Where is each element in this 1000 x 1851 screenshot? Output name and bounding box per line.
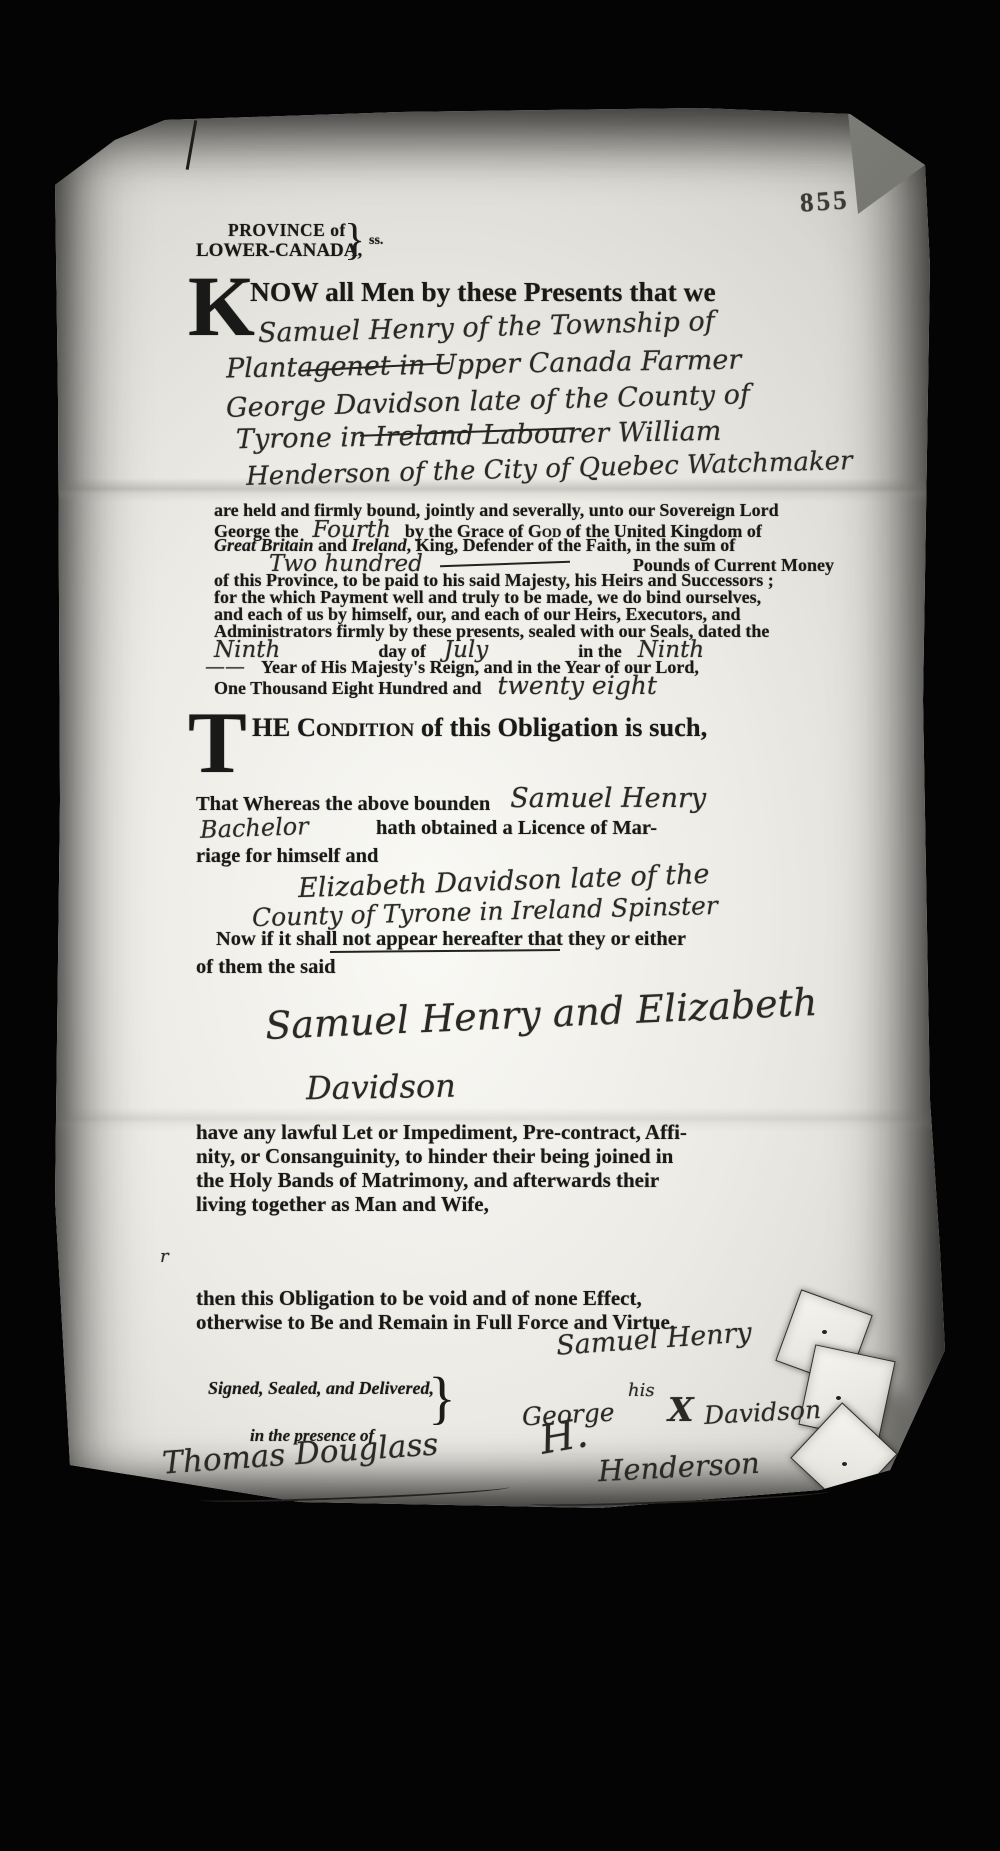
condition-line: Now if it shall not appear hereafter tha…	[216, 928, 686, 951]
seal-pin-hole	[822, 1330, 827, 1334]
dropcap-k: K	[188, 268, 255, 345]
x-mark: X	[668, 1390, 694, 1429]
condition-head-text: HE	[252, 712, 290, 742]
condition-line: hath obtained a Licence of Mar-	[376, 817, 657, 840]
seal-pin-hole	[836, 1396, 841, 1400]
page-number-stamp: 855	[799, 184, 851, 218]
paper-tear	[186, 120, 198, 170]
condition-headline: HE Condition of this Obligation is such,	[252, 712, 707, 743]
dropcap-t: T	[188, 704, 247, 783]
attestation-brace: }	[428, 1364, 456, 1431]
obligation-line: One Thousand Eight Hundred andtwenty eig…	[214, 671, 657, 700]
year-words-handwritten: twenty eight	[497, 671, 656, 700]
condition-head-smallcaps: Condition	[297, 712, 414, 742]
surety-mark-surname: Davidson	[703, 1395, 821, 1430]
province-line-1: PROVINCE of	[228, 220, 346, 241]
groom-name-handwritten: Samuel Henry	[510, 783, 706, 814]
couple-surname-handwritten: Davidson	[306, 1067, 456, 1108]
attestation-line-1: Signed, Sealed, and Delivered,	[208, 1378, 434, 1399]
header-brace: }	[344, 214, 365, 265]
margin-mark: r	[160, 1246, 169, 1267]
opening-headline: NOW all Men by these Presents that we	[250, 276, 716, 308]
his-mark-label: his	[628, 1380, 655, 1401]
groom-status-handwritten: Bachelor	[200, 812, 310, 844]
obligation-text: One Thousand Eight Hundred and	[214, 678, 481, 698]
condition-text: That Whereas the above bounden	[196, 793, 490, 815]
condition-line: then this Obligation to be void and of n…	[196, 1286, 642, 1311]
condition-line: living together as Man and Wife,	[196, 1192, 489, 1217]
condition-line: the Holy Bands of Matrimony, and afterwa…	[196, 1168, 659, 1193]
condition-head-text: of this Obligation is such,	[421, 712, 707, 742]
condition-line: nity, or Consanguinity, to hinder their …	[196, 1144, 673, 1169]
condition-line: have any lawful Let or Impediment, Pre-c…	[196, 1120, 687, 1145]
seal-pin-hole	[842, 1462, 847, 1466]
scanned-document-frame: 855 PROVINCE of LOWER-CANADA, } ss. K NO…	[0, 0, 1000, 1851]
ss-abbreviation: ss.	[369, 233, 383, 249]
surety2-initial: H.	[536, 1410, 591, 1464]
condition-line: riage for himself and	[196, 845, 378, 868]
condition-line: of them the said	[196, 956, 336, 979]
